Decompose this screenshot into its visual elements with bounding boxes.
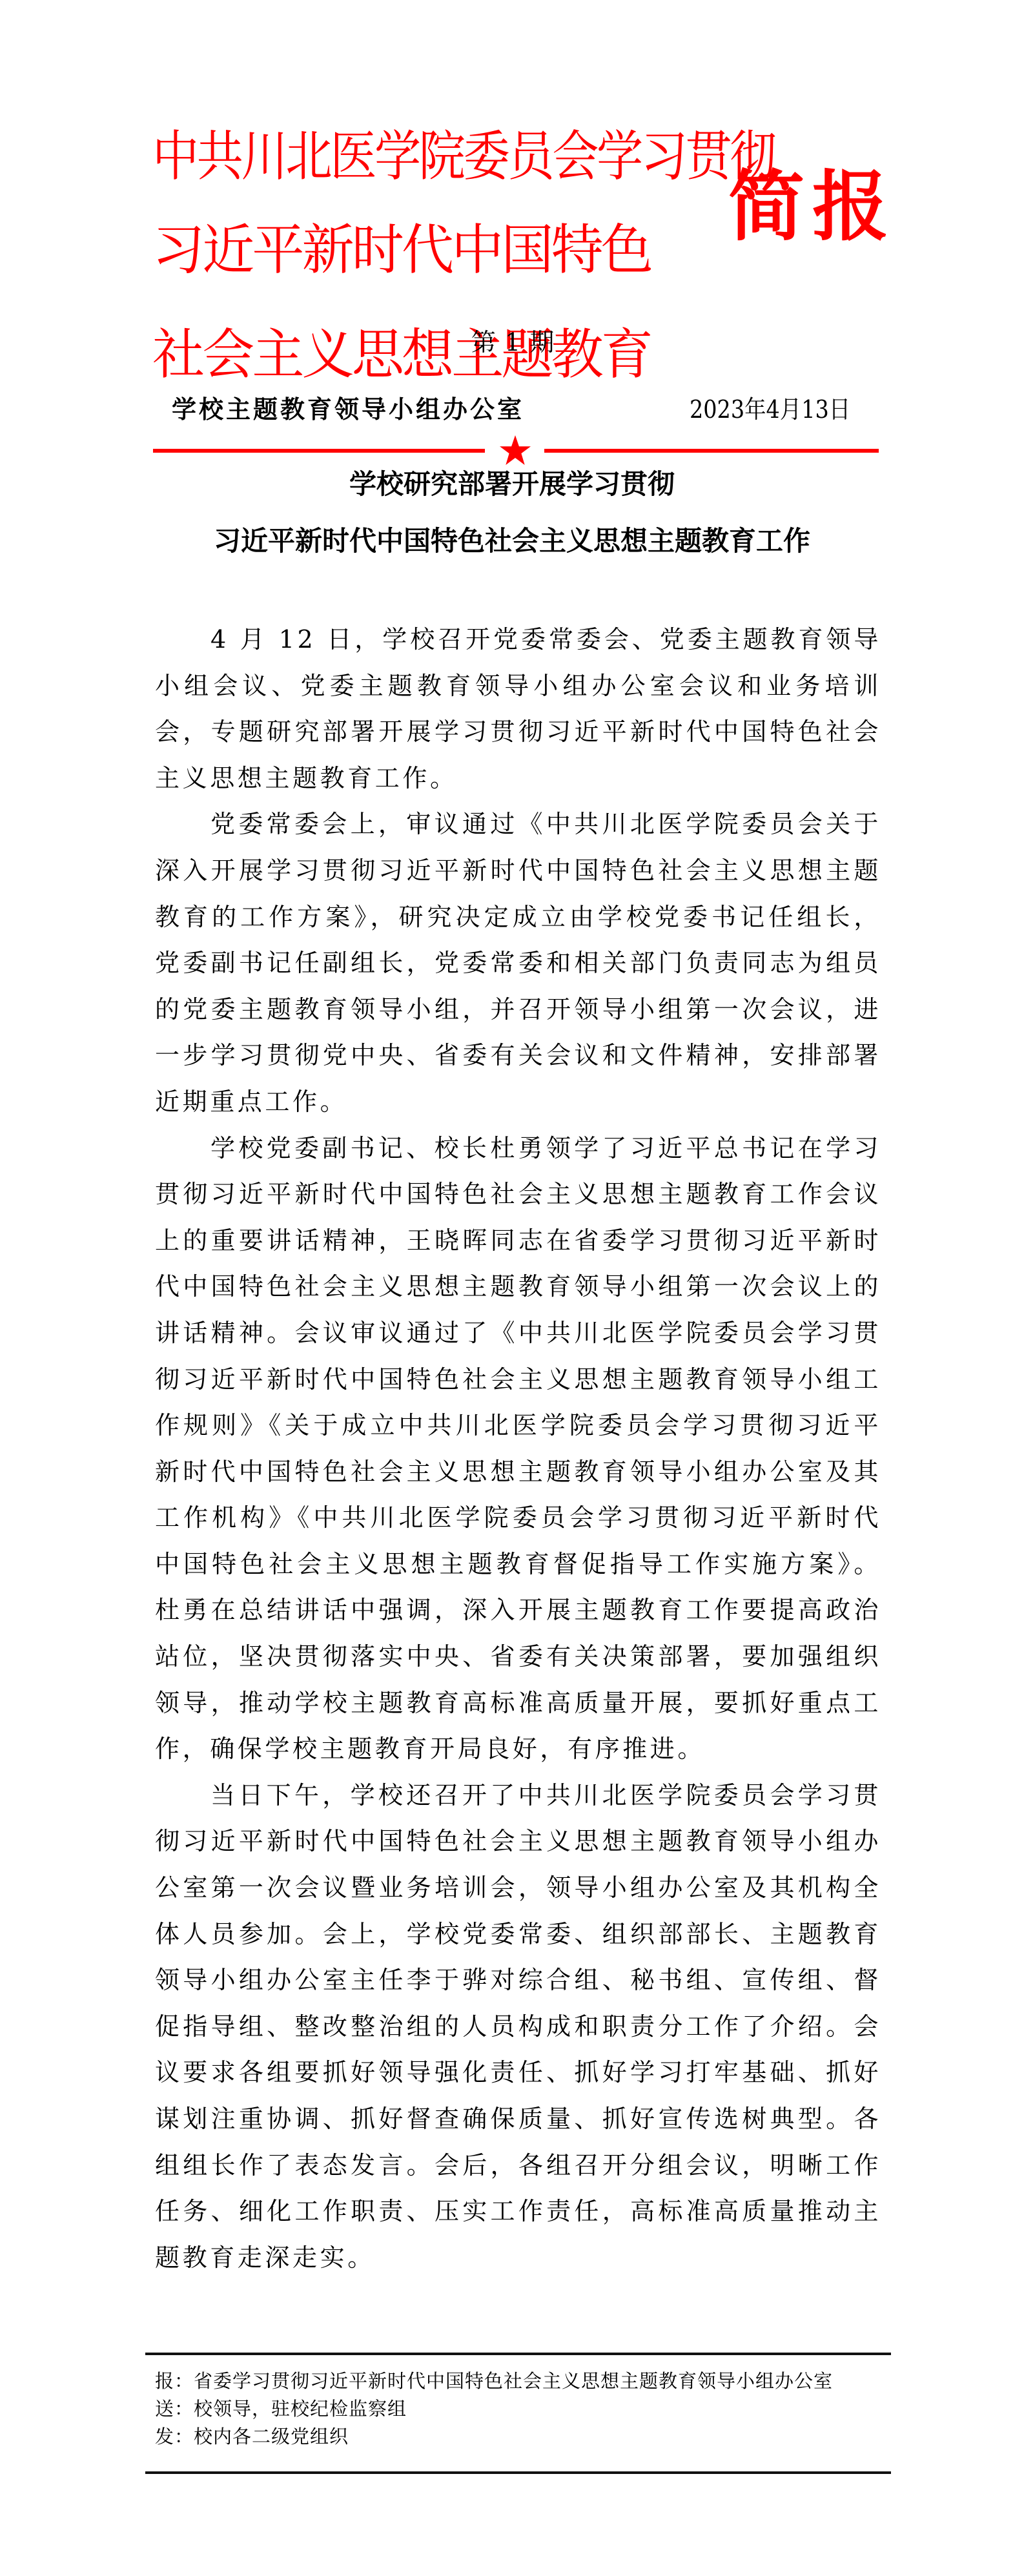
footer-divider-bottom bbox=[145, 2471, 891, 2474]
distribution-list: 报：省委学习贯彻习近平新时代中国特色社会主义思想主题教育领导小组办公室 送：校领… bbox=[155, 2367, 833, 2451]
issuer: 学校主题教育领导小组办公室 bbox=[172, 390, 524, 429]
red-divider-right bbox=[544, 449, 879, 453]
footer-divider-top bbox=[145, 2353, 891, 2355]
issue-number-value: 1 bbox=[505, 323, 520, 362]
article-paragraph: 学校党委副书记、校长杜勇领学了习近平总书记在学习贯彻习近平新时代中国特色社会主义… bbox=[155, 1126, 881, 1773]
issue-date: 2023年4月13日 bbox=[690, 390, 850, 429]
masthead-title: 中共川北医学院委员会学习贯彻 习近平新时代中国特色 社会主义思想主题教育 bbox=[152, 115, 688, 407]
article-body: 4 月 12 日，学校召开党委常委会、党委主题教育领导小组会议、党委主题教育领导… bbox=[155, 617, 881, 2281]
article-paragraph: 当日下午，学校还召开了中共川北医学院委员会学习贯彻习近平新时代中国特色社会主义思… bbox=[155, 1773, 881, 2282]
article-paragraph: 党委常委会上，审议通过《中共川北医学院委员会关于深入开展学习贯彻习近平新时代中国… bbox=[155, 801, 881, 1125]
issue-prefix: 第 bbox=[471, 323, 496, 362]
distribution-issue-to: 发：校内各二级党组织 bbox=[155, 2423, 833, 2451]
issue-suffix: 期 bbox=[529, 323, 554, 362]
distribution-report-to: 报：省委学习贯彻习近平新时代中国特色社会主义思想主题教育领导小组办公室 bbox=[155, 2367, 833, 2395]
article-title-line-1: 学校研究部署开展学习贯彻 bbox=[0, 465, 1024, 504]
brief-label: 简报 bbox=[728, 155, 896, 258]
star-icon bbox=[499, 434, 531, 468]
article-paragraph: 4 月 12 日，学校召开党委常委会、党委主题教育领导小组会议、党委主题教育领导… bbox=[155, 617, 881, 801]
masthead-title-line-2: 习近平新时代中国特色 bbox=[152, 198, 670, 302]
masthead-title-line-1: 中共川北医学院委员会学习贯彻 bbox=[152, 115, 613, 198]
article-title-line-2: 习近平新时代中国特色社会主义思想主题教育工作 bbox=[0, 522, 1024, 561]
issue-number: 第 1 期 bbox=[0, 323, 1024, 362]
red-divider-left bbox=[153, 449, 485, 453]
distribution-send-to: 送：校领导，驻校纪检监察组 bbox=[155, 2395, 833, 2423]
